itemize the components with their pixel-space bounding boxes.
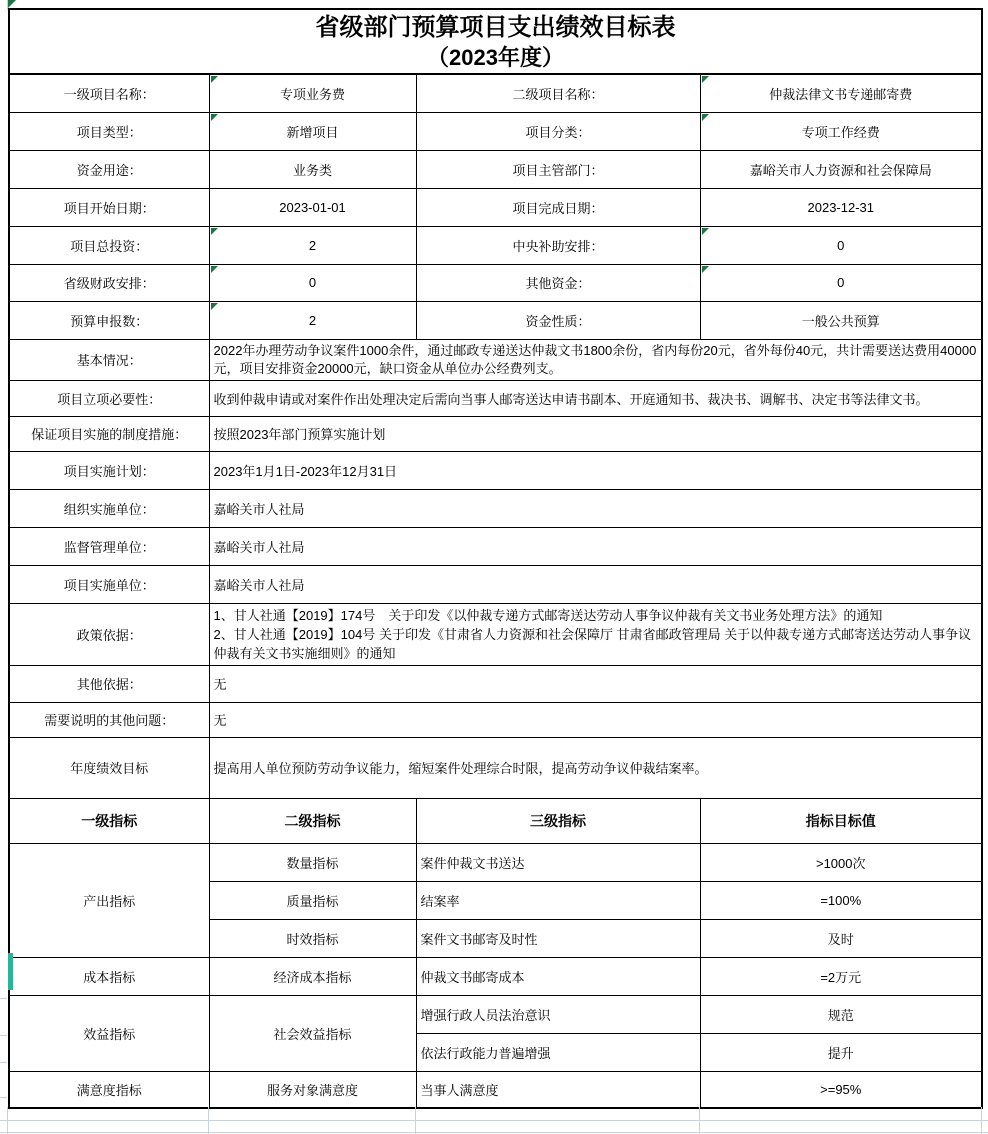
info-label-cell[interactable]: 项目主管部门：: [416, 150, 700, 188]
detail-label-cell[interactable]: 保证项目实施的制度措施：: [9, 416, 209, 451]
cell-flag-icon: [702, 266, 709, 273]
margin-gridline: [0, 1097, 7, 1098]
info-label-cell[interactable]: 二级项目名称：: [416, 74, 700, 112]
detail-content-cell[interactable]: 按照2023年部门预算实施计划: [209, 416, 982, 451]
info-label-cell[interactable]: 资金用途：: [9, 150, 209, 188]
info-label-cell[interactable]: 项目开始日期：: [9, 188, 209, 226]
empty-row-gridline: [0, 1120, 988, 1121]
detail-label-cell[interactable]: 项目实施单位：: [9, 565, 209, 603]
indicator-level2-cell[interactable]: 数量指标: [209, 843, 416, 881]
info-value: 0: [837, 275, 844, 290]
empty-column-gridline: [699, 1107, 700, 1134]
info-value: 2023-12-31: [808, 200, 875, 215]
detail-content-cell[interactable]: 嘉峪关市人社局: [209, 489, 982, 527]
cell-flag-icon: [702, 76, 709, 83]
detail-content-cell[interactable]: 嘉峪关市人社局: [209, 527, 982, 565]
target-value-cell[interactable]: =100%: [700, 881, 982, 919]
target-value-cell[interactable]: >=95%: [700, 1071, 982, 1108]
info-value: 新增项目: [286, 125, 338, 140]
info-label-cell[interactable]: 项目完成日期：: [416, 188, 700, 226]
indicator-level3-cell[interactable]: 增强行政人员法治意识: [416, 995, 700, 1033]
info-label-cell[interactable]: 项目总投资：: [9, 226, 209, 264]
info-label-cell[interactable]: 其他资金：: [416, 264, 700, 301]
indicator-level1-cell[interactable]: 满意度指标: [9, 1071, 209, 1108]
sheet-title: 省级部门预算项目支出绩效目标表: [10, 12, 981, 44]
empty-row-gridline: [0, 1132, 988, 1133]
empty-column-gridline: [208, 1107, 209, 1134]
indicator-header-cell[interactable]: 三级指标: [416, 798, 700, 843]
indicator-level1-cell[interactable]: 成本指标: [9, 957, 209, 995]
cell-flag-icon: [702, 228, 709, 235]
sheet-subtitle: （2023年度）: [10, 44, 981, 72]
cell-flag-icon: [702, 114, 709, 121]
info-label-cell[interactable]: 省级财政安排：: [9, 264, 209, 301]
indicator-header-cell[interactable]: 指标目标值: [700, 798, 982, 843]
info-value: 0: [837, 238, 844, 253]
row-selection-marker: [8, 953, 13, 990]
detail-label-cell[interactable]: 组织实施单位：: [9, 489, 209, 527]
detail-label-cell[interactable]: 基本情况：: [9, 339, 209, 380]
info-value-cell[interactable]: 嘉峪关市人力资源和社会保障局: [700, 150, 982, 188]
info-value-cell[interactable]: 业务类: [209, 150, 416, 188]
info-value-cell[interactable]: 0: [700, 264, 982, 301]
indicator-level2-cell[interactable]: 经济成本指标: [209, 957, 416, 995]
info-label-cell[interactable]: 项目分类：: [416, 112, 700, 150]
info-label-cell[interactable]: 项目类型：: [9, 112, 209, 150]
detail-content-cell[interactable]: 无: [209, 665, 982, 702]
cell-flag-icon: [211, 114, 218, 121]
info-value: 2023-01-01: [279, 200, 346, 215]
info-value: 业务类: [293, 163, 332, 178]
target-value-cell[interactable]: 提升: [700, 1033, 982, 1071]
indicator-level2-cell[interactable]: 质量指标: [209, 881, 416, 919]
detail-content-cell[interactable]: 嘉峪关市人社局: [209, 565, 982, 603]
info-value-cell[interactable]: 2023-01-01: [209, 188, 416, 226]
indicator-level2-cell[interactable]: 社会效益指标: [209, 995, 416, 1071]
info-value-cell[interactable]: 0: [700, 226, 982, 264]
info-value: 2: [309, 313, 316, 328]
info-value-cell[interactable]: 2: [209, 226, 416, 264]
policy-line-1: 1、甘人社通【2019】174号 关于印发《以仲裁专递方式邮寄送达劳动人事争议仲…: [214, 606, 978, 625]
info-value-cell[interactable]: 0: [209, 264, 416, 301]
indicator-level3-cell[interactable]: 案件仲裁文书送达: [416, 843, 700, 881]
target-value-cell[interactable]: 规范: [700, 995, 982, 1033]
cell-flag-icon: [211, 228, 218, 235]
indicator-level3-cell[interactable]: 结案率: [416, 881, 700, 919]
info-value: 一般公共预算: [802, 314, 880, 329]
policy-line-2: 2、甘人社通【2019】104号 关于印发《甘肃省人力资源和社会保障厅 甘肃省邮…: [214, 625, 978, 663]
info-value: 仲裁法律文书专递邮寄费: [769, 87, 912, 102]
margin-gridline: [0, 998, 7, 999]
detail-label-cell[interactable]: 需要说明的其他问题：: [9, 702, 209, 737]
indicator-level2-cell[interactable]: 时效指标: [209, 919, 416, 957]
cell-flag-icon: [211, 303, 218, 310]
indicator-header-cell[interactable]: 一级指标: [9, 798, 209, 843]
info-value-cell[interactable]: 2: [209, 301, 416, 339]
info-value: 嘉峪关市人力资源和社会保障局: [750, 163, 932, 178]
info-label-cell[interactable]: 预算申报数：: [9, 301, 209, 339]
cell-flag-icon: [211, 266, 218, 273]
info-label-cell[interactable]: 一级项目名称：: [9, 74, 209, 112]
target-value-cell[interactable]: >1000次: [700, 843, 982, 881]
info-value-cell[interactable]: 新增项目: [209, 112, 416, 150]
detail-label-cell[interactable]: 项目实施计划：: [9, 451, 209, 489]
detail-label-cell[interactable]: 监督管理单位：: [9, 527, 209, 565]
cell-flag-icon: [8, 0, 16, 8]
indicator-level3-cell[interactable]: 案件文书邮寄及时性: [416, 919, 700, 957]
target-value-cell[interactable]: =2万元: [700, 957, 982, 995]
budget-performance-table: 省级部门预算项目支出绩效目标表 （2023年度） 一级项目名称： 专项业务费 二…: [8, 8, 983, 1109]
detail-content-cell[interactable]: 收到仲裁申请或对案件作出处理决定后需向当事人邮寄送达申请书副本、开庭通知书、裁决…: [209, 380, 982, 416]
goal-content-cell[interactable]: 提高用人单位预防劳动争议能力，缩短案件处理综合时限，提高劳动争议仲裁结案率。: [209, 737, 982, 798]
info-value-cell[interactable]: 一般公共预算: [700, 301, 982, 339]
info-label-cell[interactable]: 资金性质：: [416, 301, 700, 339]
info-value: 专项业务费: [280, 87, 345, 102]
indicator-level2-cell[interactable]: 服务对象满意度: [209, 1071, 416, 1108]
title-cell[interactable]: 省级部门预算项目支出绩效目标表 （2023年度）: [9, 9, 982, 74]
indicator-level1-cell[interactable]: 效益指标: [9, 995, 209, 1071]
info-label-cell[interactable]: 中央补助安排：: [416, 226, 700, 264]
target-value-cell[interactable]: 及时: [700, 919, 982, 957]
spreadsheet: 省级部门预算项目支出绩效目标表 （2023年度） 一级项目名称： 专项业务费 二…: [0, 0, 988, 1134]
detail-label-cell[interactable]: 政策依据：: [9, 603, 209, 665]
detail-content-cell[interactable]: 无: [209, 702, 982, 737]
empty-column-gridline: [7, 1107, 8, 1134]
indicator-level3-cell[interactable]: 依法行政能力普遍增强: [416, 1033, 700, 1071]
cell-flag-icon: [211, 76, 218, 83]
info-value-cell[interactable]: 专项业务费: [209, 74, 416, 112]
policy-content-cell[interactable]: 1、甘人社通【2019】174号 关于印发《以仲裁专递方式邮寄送达劳动人事争议仲…: [209, 603, 982, 665]
empty-column-gridline: [415, 1107, 416, 1134]
info-value-cell[interactable]: 专项工作经费: [700, 112, 982, 150]
info-value: 2: [309, 238, 316, 253]
detail-label-cell[interactable]: 其他依据：: [9, 665, 209, 702]
info-value-cell[interactable]: 2023-12-31: [700, 188, 982, 226]
detail-content-cell[interactable]: 2023年1月1日-2023年12月31日: [209, 451, 982, 489]
info-value-cell[interactable]: 仲裁法律文书专递邮寄费: [700, 74, 982, 112]
indicator-header-cell[interactable]: 二级指标: [209, 798, 416, 843]
indicator-level3-cell[interactable]: 仲裁文书邮寄成本: [416, 957, 700, 995]
empty-column-gridline: [981, 1107, 982, 1134]
info-value: 0: [309, 275, 316, 290]
margin-gridline: [0, 1062, 7, 1063]
detail-content-cell[interactable]: 2022年办理劳动争议案件1000余件，通过邮政专递送达仲裁文书1800余份，省…: [209, 339, 982, 380]
indicator-level1-cell[interactable]: 产出指标: [9, 843, 209, 957]
goal-label-cell[interactable]: 年度绩效目标: [9, 737, 209, 798]
detail-label-cell[interactable]: 项目立项必要性：: [9, 380, 209, 416]
indicator-level3-cell[interactable]: 当事人满意度: [416, 1071, 700, 1108]
info-value: 专项工作经费: [802, 125, 880, 140]
margin-gridline: [0, 1035, 7, 1036]
